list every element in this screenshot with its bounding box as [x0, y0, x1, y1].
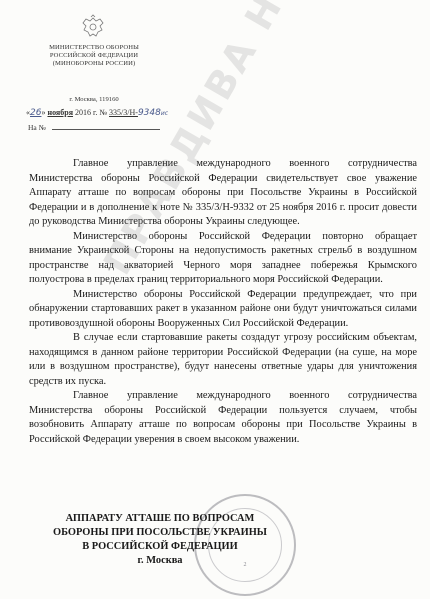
date-month: ноября: [47, 108, 73, 117]
paragraph: В случае если стартовавшие ракеты создад…: [29, 331, 417, 389]
date-year: 2016 г.: [75, 108, 97, 117]
number-label: №: [99, 108, 107, 117]
paragraph: Главное управление международного военно…: [29, 389, 417, 447]
addressee-line: ОБОРОНЫ ПРИ ПОСОЛЬСТВЕ УКРАИНЫ: [40, 526, 280, 540]
paragraph: Министерство обороны Российской Федераци…: [29, 288, 417, 332]
ministry-line: РОССИЙСКОЙ ФЕДЕРАЦИИ: [40, 52, 148, 60]
handwritten-day: 26: [30, 108, 41, 118]
addressee-block: АППАРАТУ АТТАШЕ ПО ВОПРОСАМ ОБОРОНЫ ПРИ …: [40, 512, 280, 568]
ministry-line: (МИНОБОРОНЫ РОССИИ): [40, 60, 148, 68]
paragraph: Главное управление международного военно…: [29, 157, 417, 230]
document-page: МИНИСТЕРСТВО ОБОРОНЫ РОССИЙСКОЙ ФЕДЕРАЦИ…: [0, 0, 430, 599]
coat-of-arms-icon: [80, 14, 106, 40]
ministry-line: МИНИСТЕРСТВО ОБОРОНЫ: [40, 44, 148, 52]
addressee-city: г. Москва: [40, 554, 280, 568]
addressee-line: АППАРАТУ АТТАШЕ ПО ВОПРОСАМ: [40, 512, 280, 526]
reference-blank: [52, 123, 160, 130]
document-number: 335/3/Н-: [109, 108, 138, 117]
date-number-line: «26» ноября 2016 г. № 335/3/Н-9348ис: [26, 108, 168, 118]
number-suffix: ис: [161, 110, 168, 117]
ministry-name: МИНИСТЕРСТВО ОБОРОНЫ РОССИЙСКОЙ ФЕДЕРАЦИ…: [40, 44, 148, 69]
city-address: г. Москва, 119160: [40, 96, 148, 103]
addressee-line: В РОССИЙСКОЙ ФЕДЕРАЦИИ: [40, 540, 280, 554]
handwritten-number: 9348: [138, 108, 161, 118]
note-body: Главное управление международного военно…: [29, 157, 417, 447]
paragraph: Министерство обороны Российской Федераци…: [29, 230, 417, 288]
quote-close: »: [41, 108, 45, 117]
reference-label: На №: [28, 123, 46, 132]
reference-line: На №: [28, 123, 160, 132]
